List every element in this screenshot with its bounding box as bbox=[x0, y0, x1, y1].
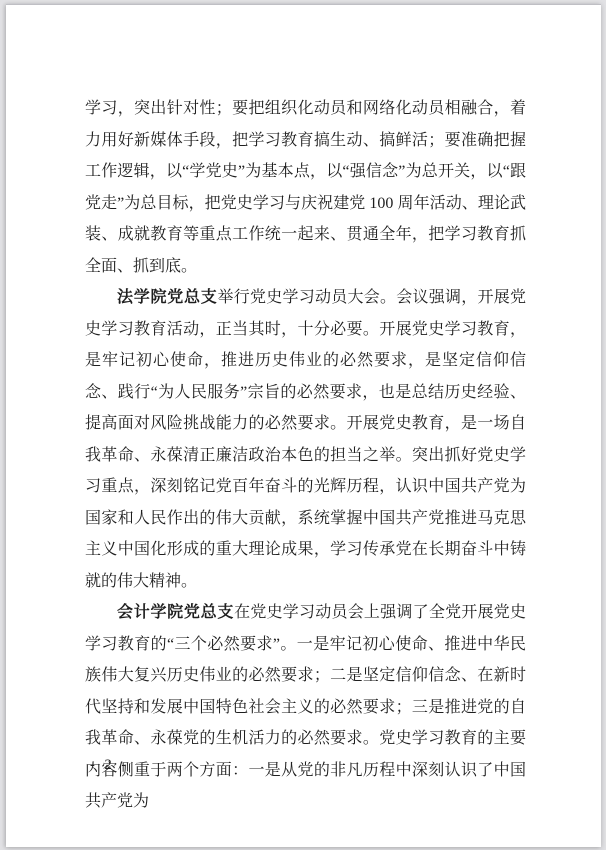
paragraph-law-school: 法学院党总支举行党史学习动员大会。会议强调，开展党史学习教育活动，正当其时，十分… bbox=[85, 282, 526, 597]
paragraph-lead-bold: 法学院党总支 bbox=[117, 289, 218, 306]
paragraph-accounting-school: 会计学院党总支在党史学习动员会上强调了全党开展党史学习教育的“三个必然要求”。一… bbox=[85, 597, 526, 818]
paragraph-continuation: 学习，突出针对性；要把组织化动员和网络化动员相融合，着力用好新媒体手段，把学习教… bbox=[85, 93, 526, 282]
paragraph-text: 举行党史学习动员大会。会议强调，开展党史学习教育活动，正当其时，十分必要。开展党… bbox=[85, 289, 526, 590]
paragraph-text: 在党史学习动员会上强调了全党开展党史学习教育的“三个必然要求”。一是牢记初心使命… bbox=[85, 604, 526, 810]
document-page: 学习，突出针对性；要把组织化动员和网络化动员相融合，着力用好新媒体手段，把学习教… bbox=[6, 4, 601, 847]
paragraph-text: 学习，突出针对性；要把组织化动员和网络化动员相融合，着力用好新媒体手段，把学习教… bbox=[85, 100, 526, 275]
paragraph-lead-bold: 会计学院党总支 bbox=[117, 604, 234, 621]
page-number: - 2 - bbox=[90, 757, 129, 774]
document-body-text: 学习，突出针对性；要把组织化动员和网络化动员相融合，着力用好新媒体手段，把学习教… bbox=[85, 93, 526, 818]
